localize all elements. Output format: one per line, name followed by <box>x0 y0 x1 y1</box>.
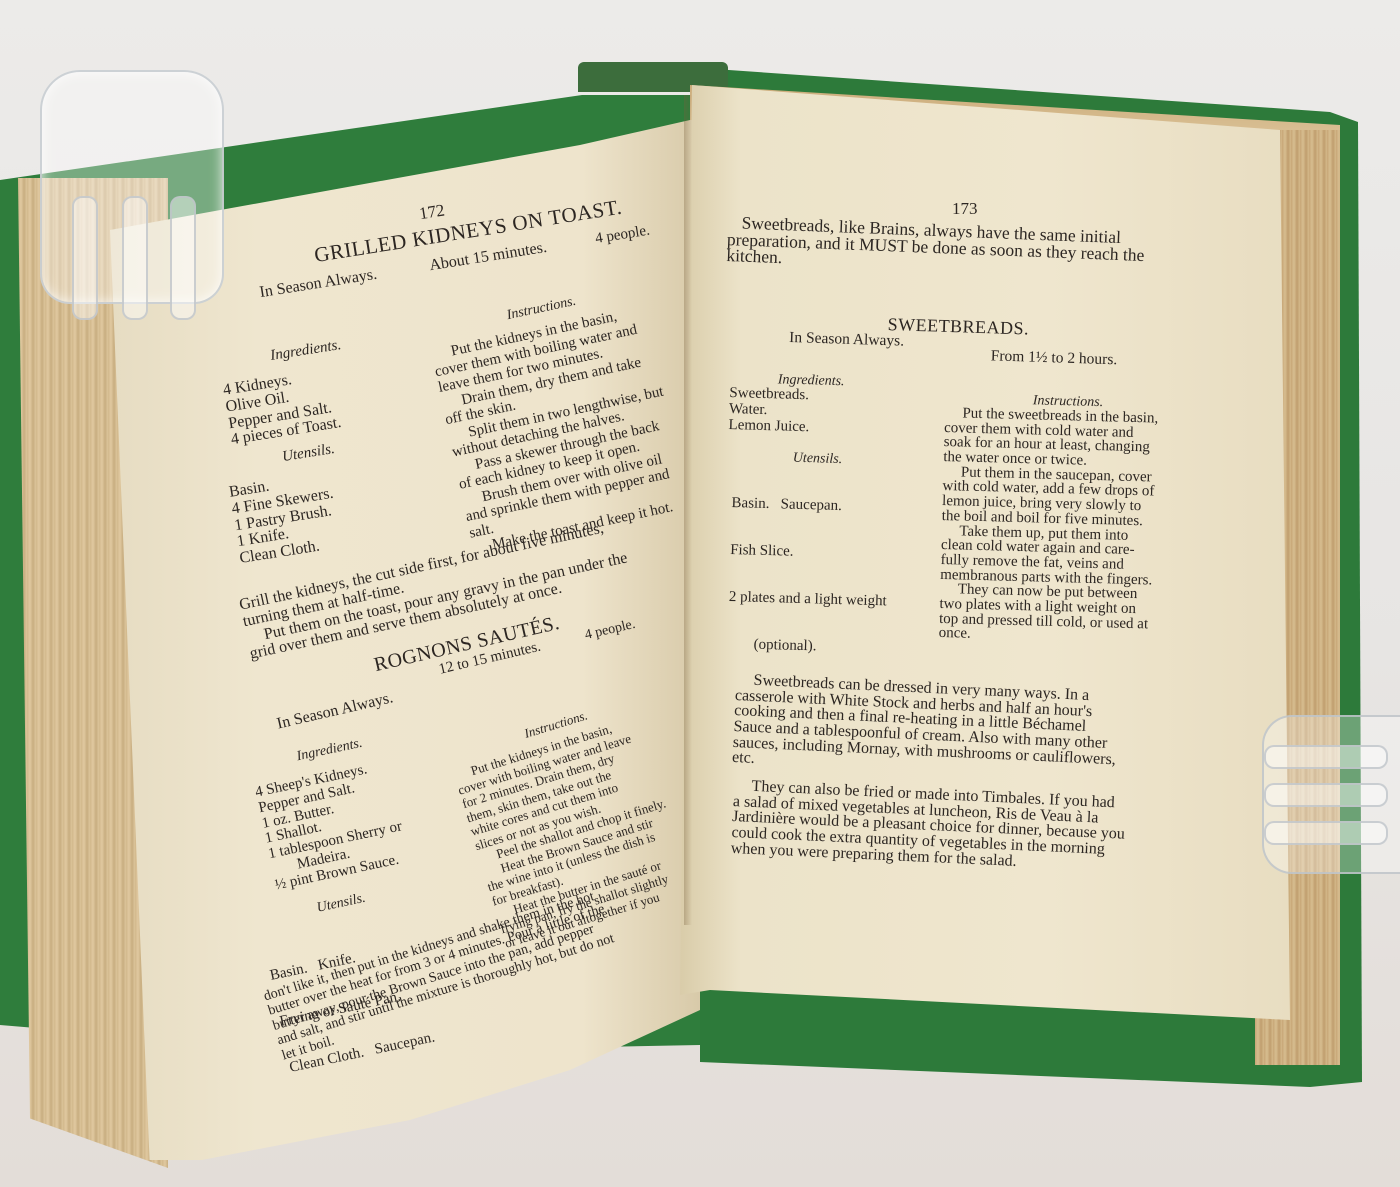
time-label: From 1½ to 2 hours. <box>990 348 1117 368</box>
utensil-item: Basin. Saucepan. <box>731 495 889 515</box>
ingredient-item: Lemon Juice. <box>728 417 809 435</box>
plastic-clip-right <box>1262 715 1400 874</box>
season-label: In Season Always. <box>789 330 904 350</box>
recipe-title: SWEETBREADS. <box>887 315 1029 338</box>
utensil-item: 2 plates and a light weight <box>729 590 887 610</box>
plastic-clip-left <box>40 70 224 304</box>
utensil-item: (optional). <box>727 637 885 657</box>
page-number: 173 <box>952 200 978 218</box>
utensil-item: Fish Slice. <box>730 543 888 563</box>
